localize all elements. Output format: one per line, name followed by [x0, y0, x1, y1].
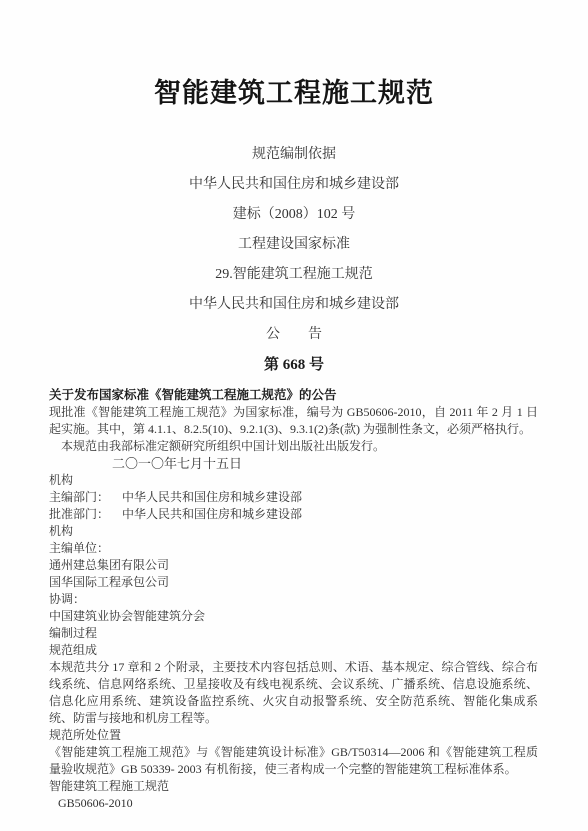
notice-date: 二〇一〇年七月十五日: [112, 455, 538, 472]
chief-units-label: 主编单位：: [49, 540, 538, 557]
coordination-value: 中国建筑业协会智能建筑分会: [49, 608, 538, 625]
chief-unit-1: 通州建总集团有限公司: [49, 557, 538, 574]
header-line-standard-name: 29.智能建筑工程施工规范: [0, 260, 588, 290]
publisher-note: 本规范由我部标准定额研究所组织中国计划出版社出版发行。: [49, 438, 538, 455]
header-line-ministry: 中华人民共和国住房和城乡建设部: [0, 170, 588, 200]
composition-text: 本规范共分 17 章和 2 个附录，主要技术内容包括总则、术语、基本规定、综合管…: [49, 659, 538, 727]
approve-dept-label: 批准部门：: [49, 507, 109, 521]
chief-dept-row: 主编部门：中华人民共和国住房和城乡建设部: [49, 489, 538, 506]
chief-dept-value: 中华人民共和国住房和城乡建设部: [122, 490, 302, 504]
document-page: 智能建筑工程施工规范 规范编制依据 中华人民共和国住房和城乡建设部 建标（200…: [0, 0, 588, 831]
chief-unit-2: 国华国际工程承包公司: [49, 574, 538, 591]
header-line-ministry-2: 中华人民共和国住房和城乡建设部: [0, 290, 588, 320]
approve-dept-value: 中华人民共和国住房和城乡建设部: [122, 507, 302, 521]
section-label-composition: 规范组成: [49, 642, 538, 659]
header-line-standard-type: 工程建设国家标准: [0, 230, 588, 260]
section-label-orgs-2: 机构: [49, 523, 538, 540]
header-block: 规范编制依据 中华人民共和国住房和城乡建设部 建标（2008）102 号 工程建…: [0, 140, 588, 380]
footer-title: 智能建筑工程施工规范: [49, 778, 538, 795]
coordination-label: 协调：: [49, 591, 538, 608]
chief-dept-label: 主编部门：: [49, 490, 109, 504]
header-line-announcement: 公 告: [0, 320, 588, 350]
notice-body: 现批准《智能建筑工程施工规范》为国家标准，编号为 GB50606-2010，自 …: [49, 404, 538, 438]
header-line-doc-number: 建标（2008）102 号: [0, 200, 588, 230]
document-title: 智能建筑工程施工规范: [0, 78, 588, 108]
footer-standard-code: GB50606-2010: [58, 795, 538, 812]
section-label-orgs-1: 机构: [49, 472, 538, 489]
announcement-number: 第 668 号: [0, 350, 588, 380]
section-label-position: 规范所处位置: [49, 727, 538, 744]
position-text: 《智能建筑工程施工规范》与《智能建筑设计标准》GB/T50314—2006 和《…: [49, 744, 538, 778]
document-body: 关于发布国家标准《智能建筑工程施工规范》的公告 现批准《智能建筑工程施工规范》为…: [49, 387, 538, 812]
header-line-basis: 规范编制依据: [0, 140, 588, 170]
notice-heading: 关于发布国家标准《智能建筑工程施工规范》的公告: [49, 387, 538, 404]
approve-dept-row: 批准部门：中华人民共和国住房和城乡建设部: [49, 506, 538, 523]
section-label-process: 编制过程: [49, 625, 538, 642]
